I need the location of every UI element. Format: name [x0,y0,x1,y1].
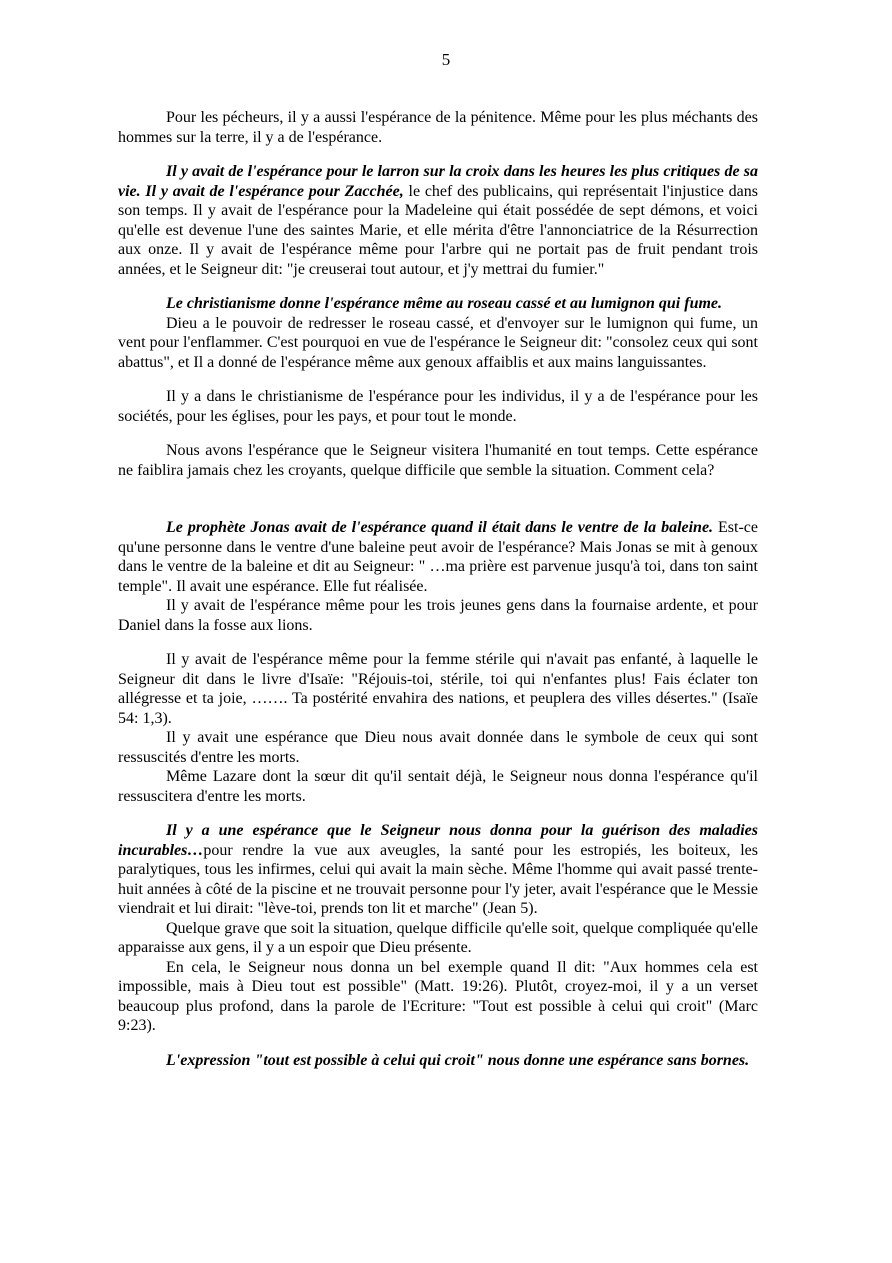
paragraph: Nous avons l'espérance que le Seigneur v… [118,441,758,480]
text-run: Il y a dans le christianisme de l'espéra… [118,388,758,425]
paragraph: Il y avait de l'espérance même pour les … [118,596,758,635]
text-run: Il y avait une espérance que Dieu nous a… [118,729,758,766]
text-run: Il y avait de l'espérance même pour la f… [118,651,758,727]
paragraph: Il y a une espérance que le Seigneur nou… [118,821,758,919]
paragraph: Le prophète Jonas avait de l'espérance q… [118,518,758,596]
text-run: pour rendre la vue aux aveugles, la sant… [118,842,758,918]
text-run: Dieu a le pouvoir de redresser le roseau… [118,315,758,371]
document-page: 5 Pour les pécheurs, il y a aussi l'espé… [0,0,892,1263]
paragraph: Pour les pécheurs, il y a aussi l'espéra… [118,108,758,147]
paragraph: Le christianisme donne l'espérance même … [118,294,758,314]
text-run: En cela, le Seigneur nous donna un bel e… [118,959,758,1035]
text-run: Quelque grave que soit la situation, que… [118,920,758,957]
text-run: Nous avons l'espérance que le Seigneur v… [118,442,758,479]
emphasis-run: Le prophète Jonas avait de l'espérance q… [166,519,713,536]
page-number: 5 [0,50,892,70]
paragraph: L'expression "tout est possible à celui … [118,1051,758,1071]
paragraph: Il y avait une espérance que Dieu nous a… [118,728,758,767]
text-run: Pour les pécheurs, il y a aussi l'espéra… [118,109,758,146]
text-run: Même Lazare dont la sœur dit qu'il senta… [118,768,758,805]
paragraph: Même Lazare dont la sœur dit qu'il senta… [118,767,758,806]
emphasis-run: Le christianisme donne l'espérance même … [166,295,722,312]
paragraph: En cela, le Seigneur nous donna un bel e… [118,958,758,1036]
document-body: Pour les pécheurs, il y a aussi l'espéra… [118,108,758,1070]
paragraph: Il y avait de l'espérance même pour la f… [118,650,758,728]
emphasis-run: L'expression "tout est possible à celui … [166,1052,749,1069]
paragraph: Il y a dans le christianisme de l'espéra… [118,387,758,426]
paragraph: Quelque grave que soit la situation, que… [118,919,758,958]
paragraph: Dieu a le pouvoir de redresser le roseau… [118,314,758,373]
text-run: Il y avait de l'espérance même pour les … [118,597,758,634]
paragraph: Il y avait de l'espérance pour le larron… [118,162,758,279]
